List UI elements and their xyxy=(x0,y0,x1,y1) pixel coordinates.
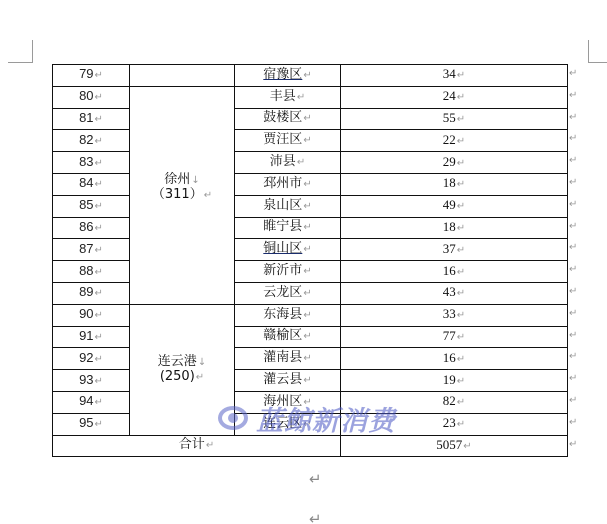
district-name: 贾汪区 xyxy=(263,132,302,147)
cell-end-mark: ↵ xyxy=(303,310,311,321)
row-number: 90 xyxy=(79,306,93,321)
cell-end-mark: ↵ xyxy=(95,114,103,125)
cell-end-mark: ↵ xyxy=(95,245,103,256)
district-count-table: 79↵宿豫区↵34↵80↵徐州↓（311）↵丰县↵24↵81↵鼓楼区↵55↵82… xyxy=(52,64,568,457)
row-number: 89 xyxy=(79,284,93,299)
line-break-mark: ↓ xyxy=(191,175,199,186)
district-name: 邳州市 xyxy=(263,176,302,191)
row-end-mark: ↵ xyxy=(569,90,577,101)
row-end-mark: ↵ xyxy=(569,417,577,428)
city-cell-empty xyxy=(130,65,235,87)
count-value: 82 xyxy=(443,393,456,408)
cell-end-mark: ↵ xyxy=(463,441,471,452)
cell-end-mark: ↵ xyxy=(303,244,311,255)
total-value: 5057 xyxy=(436,437,462,452)
district-name: 云龙区 xyxy=(263,285,302,300)
cell-end-mark: ↵ xyxy=(95,397,103,408)
count-cell: 22↵ xyxy=(341,130,568,152)
count-cell: 16↵ xyxy=(341,261,568,283)
row-end-mark: ↵ xyxy=(569,286,577,297)
row-number: 88 xyxy=(79,263,93,278)
row-end-mark: ↵ xyxy=(569,439,577,450)
count-cell: 19↵ xyxy=(341,370,568,392)
row-number: 94 xyxy=(79,393,93,408)
count-cell: 18↵ xyxy=(341,173,568,195)
count-value: 16 xyxy=(443,350,456,365)
count-cell: 49↵ xyxy=(341,195,568,217)
total-value-cell: 5057↵ xyxy=(341,435,568,457)
row-end-mark: ↵ xyxy=(569,112,577,123)
cell-end-mark: ↵ xyxy=(95,332,103,343)
count-value: 37 xyxy=(443,241,456,256)
row-end-mark: ↵ xyxy=(569,177,577,188)
count-value: 33 xyxy=(443,306,456,321)
cell-end-mark: ↵ xyxy=(95,267,103,278)
table-row: 90↵连云港↓(250)↵东海县↵33↵ xyxy=(53,304,568,326)
count-cell: 55↵ xyxy=(341,108,568,130)
city-name: 徐州 xyxy=(164,172,190,187)
district-name: 海州区 xyxy=(263,394,302,409)
page-corner-mark-top-right xyxy=(588,40,607,63)
district-cell: 宿豫区↵ xyxy=(235,65,341,87)
cell-end-mark: ↵ xyxy=(457,114,465,125)
city-total: （311） xyxy=(152,187,203,202)
cell-end-mark: ↵ xyxy=(457,223,465,234)
district-name: 铜山区 xyxy=(263,241,302,256)
count-value: 18 xyxy=(443,175,456,190)
total-label: 合计 xyxy=(179,437,205,452)
count-value: 55 xyxy=(443,110,456,125)
district-cell: 海州区↵ xyxy=(235,391,341,413)
cell-end-mark: ↵ xyxy=(95,310,103,321)
cell-end-mark: ↵ xyxy=(303,419,311,430)
cell-end-mark: ↵ xyxy=(457,179,465,190)
count-cell: 23↵ xyxy=(341,413,568,435)
row-number: 85 xyxy=(79,197,93,212)
cell-end-mark: ↵ xyxy=(303,222,311,233)
cell-end-mark: ↵ xyxy=(95,179,103,190)
count-cell: 16↵ xyxy=(341,348,568,370)
cell-end-mark: ↵ xyxy=(303,113,311,124)
count-cell: 24↵ xyxy=(341,86,568,108)
cell-end-mark: ↵ xyxy=(457,158,465,169)
table-row: 79↵宿豫区↵34↵ xyxy=(53,65,568,87)
row-number: 86 xyxy=(79,219,93,234)
cell-end-mark: ↵ xyxy=(457,136,465,147)
city-cell-lianyungang: 连云港↓(250)↵ xyxy=(130,304,235,435)
district-name: 沛县 xyxy=(270,154,296,169)
count-cell: 82↵ xyxy=(341,391,568,413)
row-end-mark: ↵ xyxy=(569,68,577,79)
row-end-mark: ↵ xyxy=(569,199,577,210)
cell-end-mark: ↵ xyxy=(303,353,311,364)
count-value: 29 xyxy=(443,154,456,169)
row-end-mark: ↵ xyxy=(569,133,577,144)
row-end-mark: ↵ xyxy=(569,330,577,341)
count-cell: 34↵ xyxy=(341,65,568,87)
cell-end-mark: ↵ xyxy=(303,331,311,342)
cell-end-mark: ↵ xyxy=(95,201,103,212)
row-end-mark: ↵ xyxy=(569,308,577,319)
cell-end-mark: ↵ xyxy=(303,70,311,81)
row-number-cell: 87↵ xyxy=(53,239,130,261)
row-number-cell: 84↵ xyxy=(53,173,130,195)
row-number: 79 xyxy=(79,66,93,81)
row-number: 87 xyxy=(79,241,93,256)
district-name: 赣榆区 xyxy=(263,328,302,343)
row-number-cell: 90↵ xyxy=(53,304,130,326)
row-number-cell: 92↵ xyxy=(53,348,130,370)
cell-end-mark: ↵ xyxy=(457,288,465,299)
row-number-cell: 94↵ xyxy=(53,391,130,413)
cell-end-mark: ↵ xyxy=(95,223,103,234)
cell-end-mark: ↵ xyxy=(457,310,465,321)
row-number: 81 xyxy=(79,110,93,125)
district-cell: 贾汪区↵ xyxy=(235,130,341,152)
paragraph-mark: ↵ xyxy=(309,510,322,524)
row-end-mark: ↵ xyxy=(569,155,577,166)
cell-end-mark: ↵ xyxy=(297,92,305,103)
row-number-cell: 85↵ xyxy=(53,195,130,217)
cell-end-mark: ↵ xyxy=(95,419,103,430)
district-cell: 丰县↵ xyxy=(235,86,341,108)
count-value: 22 xyxy=(443,132,456,147)
count-value: 49 xyxy=(443,197,456,212)
row-number: 83 xyxy=(79,154,93,169)
cell-end-mark: ↵ xyxy=(95,92,103,103)
district-cell: 灌南县↵ xyxy=(235,348,341,370)
row-number: 80 xyxy=(79,88,93,103)
row-number-cell: 89↵ xyxy=(53,282,130,304)
district-cell: 东海县↵ xyxy=(235,304,341,326)
count-value: 16 xyxy=(443,263,456,278)
row-number: 91 xyxy=(79,328,93,343)
cell-end-mark: ↵ xyxy=(204,190,212,201)
count-value: 18 xyxy=(443,219,456,234)
district-name: 睢宁县 xyxy=(263,219,302,234)
district-name: 灌南县 xyxy=(263,350,302,365)
row-end-mark: ↵ xyxy=(569,395,577,406)
cell-end-mark: ↵ xyxy=(303,135,311,146)
row-number: 92 xyxy=(79,350,93,365)
row-number: 82 xyxy=(79,132,93,147)
cell-end-mark: ↵ xyxy=(303,288,311,299)
cell-end-mark: ↵ xyxy=(457,332,465,343)
total-label-cell: 合计↵ xyxy=(53,435,341,457)
row-number: 95 xyxy=(79,415,93,430)
cell-end-mark: ↵ xyxy=(95,376,103,387)
row-end-mark: ↵ xyxy=(569,264,577,275)
page-corner-mark-top-left xyxy=(8,40,33,63)
row-number-cell: 82↵ xyxy=(53,130,130,152)
cell-end-mark: ↵ xyxy=(297,157,305,168)
row-number-cell: 81↵ xyxy=(53,108,130,130)
cell-end-mark: ↵ xyxy=(457,376,465,387)
count-value: 43 xyxy=(443,284,456,299)
count-cell: 18↵ xyxy=(341,217,568,239)
cell-end-mark: ↵ xyxy=(457,70,465,81)
district-cell: 邳州市↵ xyxy=(235,173,341,195)
count-cell: 37↵ xyxy=(341,239,568,261)
row-number: 84 xyxy=(79,175,93,190)
cell-end-mark: ↵ xyxy=(303,397,311,408)
row-end-mark: ↵ xyxy=(569,373,577,384)
row-end-mark: ↵ xyxy=(569,351,577,362)
district-cell: 鼓楼区↵ xyxy=(235,108,341,130)
row-end-mark: ↵ xyxy=(569,221,577,232)
cell-end-mark: ↵ xyxy=(457,397,465,408)
cell-end-mark: ↵ xyxy=(95,288,103,299)
count-cell: 33↵ xyxy=(341,304,568,326)
count-cell: 43↵ xyxy=(341,282,568,304)
count-value: 24 xyxy=(443,88,456,103)
cell-end-mark: ↵ xyxy=(196,372,204,383)
cell-end-mark: ↵ xyxy=(95,70,103,81)
district-cell: 睢宁县↵ xyxy=(235,217,341,239)
row-number-cell: 80↵ xyxy=(53,86,130,108)
city-cell-xuzhou: 徐州↓（311）↵ xyxy=(130,86,235,304)
cell-end-mark: ↵ xyxy=(457,267,465,278)
cell-end-mark: ↵ xyxy=(457,245,465,256)
district-name: 连云区 xyxy=(263,416,302,431)
count-value: 19 xyxy=(443,372,456,387)
district-cell: 铜山区↵ xyxy=(235,239,341,261)
row-number-cell: 93↵ xyxy=(53,370,130,392)
cell-end-mark: ↵ xyxy=(303,201,311,212)
row-end-mark: ↵ xyxy=(569,242,577,253)
district-name: 宿豫区 xyxy=(263,67,302,82)
cell-end-mark: ↵ xyxy=(95,136,103,147)
district-name: 丰县 xyxy=(270,89,296,104)
district-name: 鼓楼区 xyxy=(263,110,302,125)
row-number-cell: 88↵ xyxy=(53,261,130,283)
count-value: 34 xyxy=(443,66,456,81)
cell-end-mark: ↵ xyxy=(303,375,311,386)
count-cell: 29↵ xyxy=(341,152,568,174)
district-cell: 赣榆区↵ xyxy=(235,326,341,348)
row-number-cell: 83↵ xyxy=(53,152,130,174)
cell-end-mark: ↵ xyxy=(457,92,465,103)
district-cell: 沛县↵ xyxy=(235,152,341,174)
paragraph-mark: ↵ xyxy=(309,470,322,488)
cell-end-mark: ↵ xyxy=(206,440,214,451)
district-name: 灌云县 xyxy=(263,372,302,387)
cell-end-mark: ↵ xyxy=(95,158,103,169)
line-break-mark: ↓ xyxy=(198,357,206,368)
cell-end-mark: ↵ xyxy=(95,354,103,365)
cell-end-mark: ↵ xyxy=(303,266,311,277)
total-row: 合计↵5057↵ xyxy=(53,435,568,457)
table-row: 80↵徐州↓（311）↵丰县↵24↵ xyxy=(53,86,568,108)
cell-end-mark: ↵ xyxy=(457,354,465,365)
district-cell: 泉山区↵ xyxy=(235,195,341,217)
district-cell: 云龙区↵ xyxy=(235,282,341,304)
count-value: 77 xyxy=(443,328,456,343)
cell-end-mark: ↵ xyxy=(457,419,465,430)
row-number: 93 xyxy=(79,372,93,387)
row-number-cell: 79↵ xyxy=(53,65,130,87)
cell-end-mark: ↵ xyxy=(457,201,465,212)
row-number-cell: 86↵ xyxy=(53,217,130,239)
count-cell: 77↵ xyxy=(341,326,568,348)
city-name: 连云港 xyxy=(158,354,197,369)
district-cell: 新沂市↵ xyxy=(235,261,341,283)
district-name: 泉山区 xyxy=(263,198,302,213)
district-cell: 灌云县↵ xyxy=(235,370,341,392)
row-number-cell: 95↵ xyxy=(53,413,130,435)
district-name: 东海县 xyxy=(263,307,302,322)
district-cell: 连云区↵ xyxy=(235,413,341,435)
cell-end-mark: ↵ xyxy=(303,179,311,190)
count-value: 23 xyxy=(443,415,456,430)
row-number-cell: 91↵ xyxy=(53,326,130,348)
district-name: 新沂市 xyxy=(263,263,302,278)
city-total: (250) xyxy=(160,369,195,384)
